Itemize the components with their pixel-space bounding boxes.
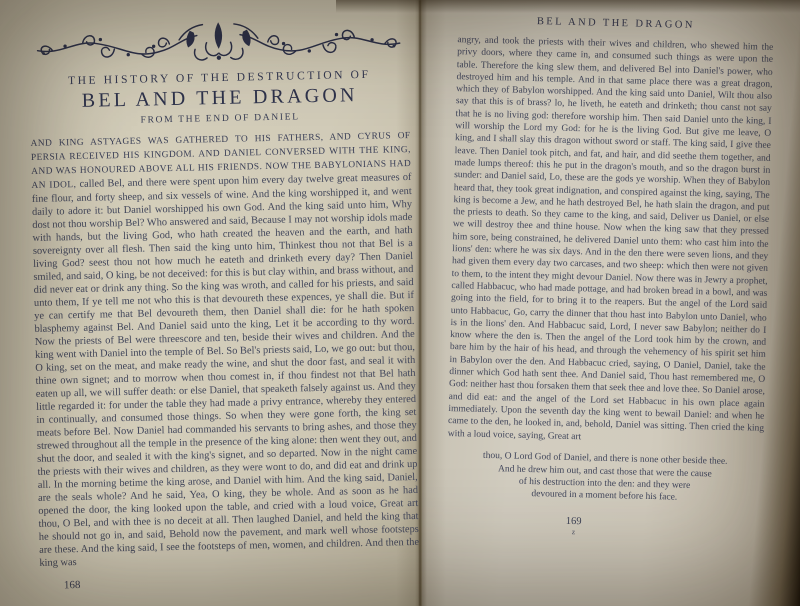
right-page-body: angry, and took the priests with their w… — [448, 34, 774, 447]
right-page-content: BEL AND THE DRAGON angry, and took the p… — [445, 14, 774, 541]
left-body-text: called Bel, and there were spent upon hi… — [32, 172, 419, 569]
left-page-content: THE HISTORY OF THE DESTRUCTION OF BEL AN… — [28, 12, 420, 592]
floral-headpiece-ornament — [31, 12, 406, 70]
left-page-body: AND KING ASTYAGES WAS GATHERED TO HIS FA… — [30, 129, 419, 570]
book-photo: THE HISTORY OF THE DESTRUCTION OF BEL AN… — [0, 0, 800, 606]
chapter-title: BEL AND THE DRAGON — [30, 83, 410, 114]
